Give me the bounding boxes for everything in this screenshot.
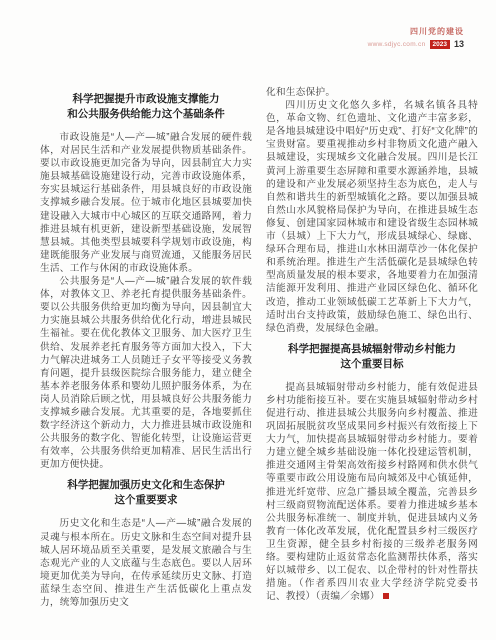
paragraph-text: 提高县城辐射带动乡村能力，能有效促进县乡村功能衔接互补。要在实施县城辐射带动乡村… <box>266 382 478 603</box>
article-body: 科学把握提升市政设施支撑能力和公共服务供给能力这个基础条件 市政设施是“人—产—… <box>40 86 465 622</box>
magazine-website: www.sdjyc.com.cn <box>368 41 426 49</box>
section-heading-infrastructure: 科学把握提升市政设施支撑能力和公共服务供给能力这个基础条件 <box>40 92 252 122</box>
heading-line: 和公共服务供给能力这个基础条件 <box>67 108 225 120</box>
paragraph-rural-driving-capacity: 提高县城辐射带动乡村能力，能有效促进县乡村功能衔接互补。要在实施县城辐射带动乡村… <box>266 381 478 604</box>
left-column: 科学把握提升市政设施支撑能力和公共服务供给能力这个基础条件 市政设施是“人—产—… <box>40 86 252 622</box>
heading-line: 这个重要目标 <box>341 358 404 370</box>
magazine-title: 四川党的建设 <box>368 27 464 37</box>
right-column: 化和生态保护。 四川历史文化悠久多样，名城名镇各具特色，革命文物、红色遗址、文化… <box>266 86 478 622</box>
section-heading-history-ecology: 科学把握加强历史文化和生态保护这个重要要求 <box>40 478 252 508</box>
heading-line: 这个重要要求 <box>115 494 178 506</box>
paragraph-history-ecology-intro: 历史文化和生态是“人—产—城”融合发展的灵魂与根本所在。历史文脉和生态空间对提升… <box>40 517 252 609</box>
header-meta-row: www.sdjyc.com.cn 2023 13 <box>368 39 464 50</box>
paragraph-sichuan-culture-ecology: 四川历史文化悠久多样，名城名镇各具特色，革命文物、红色遗址、文化遗产丰富多彩，是… <box>266 99 478 335</box>
page-number: 13 <box>454 39 464 50</box>
heading-line: 科学把握提高县城辐射带动乡村能力 <box>288 343 456 355</box>
heading-line: 科学把握提升市政设施支撑能力 <box>73 93 220 105</box>
heading-line: 科学把握加强历史文化和生态保护 <box>67 479 225 491</box>
paragraph-public-services: 公共服务是“人—产—城”融合发展的软件载体，对教体文卫、养老托育提供服务基础条件… <box>40 275 252 471</box>
issue-badge: 2023 <box>430 40 450 49</box>
paragraph-continuation: 化和生态保护。 <box>266 86 478 99</box>
page-header: 四川党的建设 www.sdjyc.com.cn 2023 13 <box>368 27 464 50</box>
section-heading-county-radiation: 科学把握提高县城辐射带动乡村能力这个重要目标 <box>266 342 478 372</box>
paragraph-municipal-facilities: 市政设施是“人—产—城”融合发展的硬件载体，对居民生活和产业发展提供物质基础条件… <box>40 131 252 275</box>
magazine-page: 四川党的建设 www.sdjyc.com.cn 2023 13 科学把握提升市政… <box>0 0 496 640</box>
article-end-mark-icon <box>383 593 389 599</box>
